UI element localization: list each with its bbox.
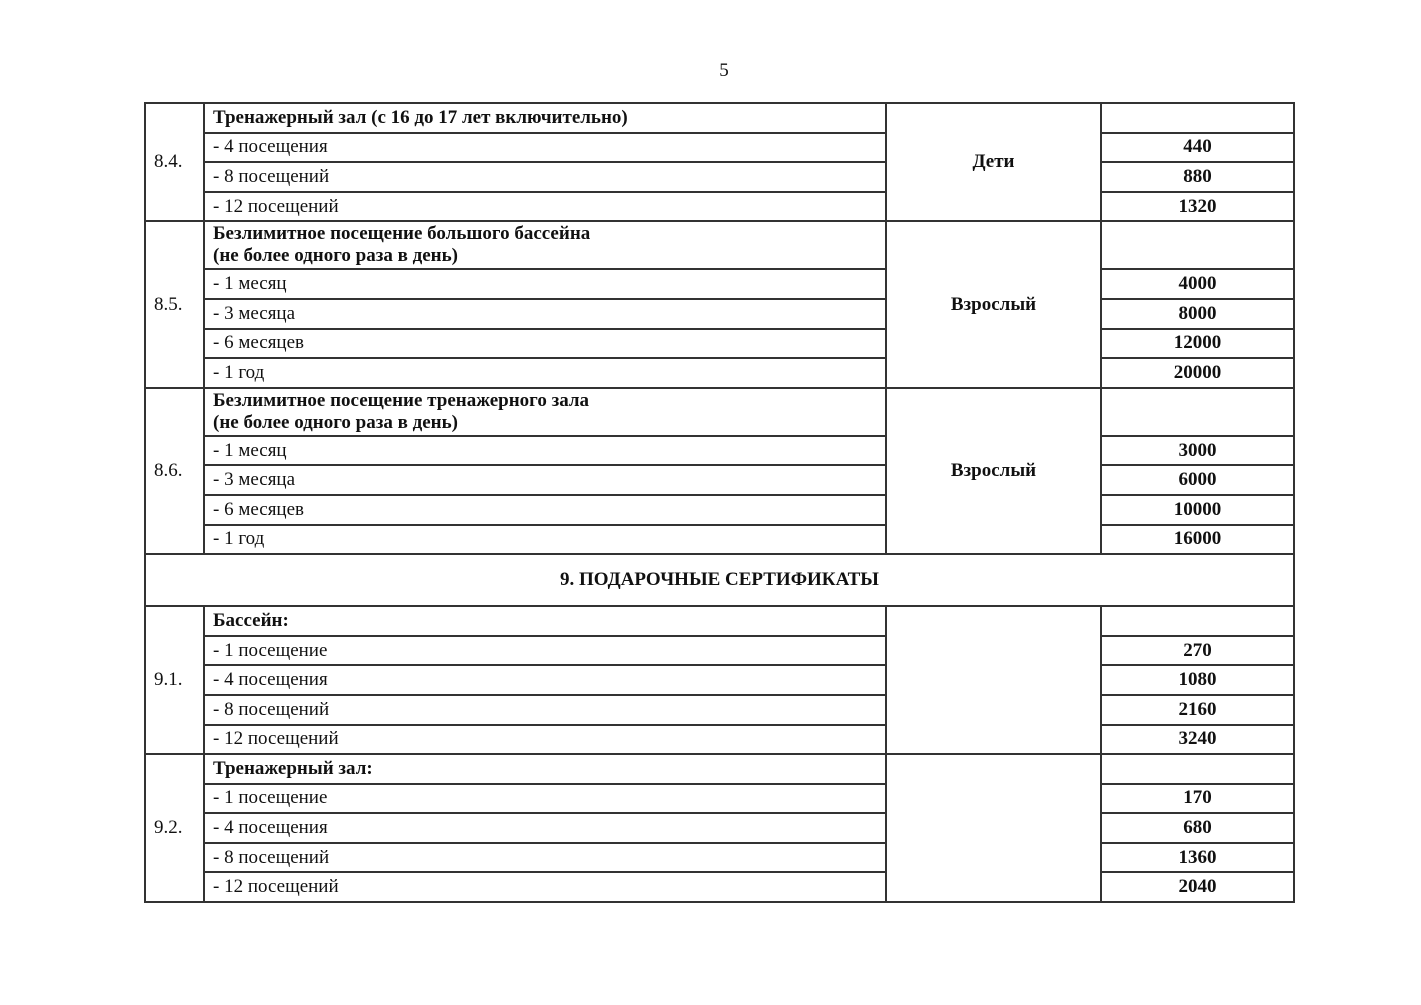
item-price: 270 <box>1101 636 1294 666</box>
group-header-row: 8.6.Безлимитное посещение тренажерного з… <box>145 388 1294 436</box>
table-row: - 1 год20000 <box>145 358 1294 388</box>
category-label <box>886 754 1101 902</box>
table-row: - 4 посещения440 <box>145 133 1294 163</box>
item-label: - 1 месяц <box>204 269 886 299</box>
item-number: 8.4. <box>145 103 204 221</box>
price-cell-empty <box>1101 606 1294 636</box>
table-row: - 4 посещения680 <box>145 813 1294 843</box>
price-cell-empty <box>1101 754 1294 784</box>
category-label: Дети <box>886 103 1101 221</box>
item-price: 6000 <box>1101 465 1294 495</box>
group-title: Тренажерный зал: <box>204 754 886 784</box>
group-title-line: Тренажерный зал: <box>213 758 877 780</box>
page-number: 5 <box>0 60 1421 82</box>
item-price: 680 <box>1101 813 1294 843</box>
item-price: 8000 <box>1101 299 1294 329</box>
item-number: 8.6. <box>145 388 204 554</box>
item-label: - 12 посещений <box>204 192 886 222</box>
item-number: 9.2. <box>145 754 204 902</box>
item-label: - 8 посещений <box>204 162 886 192</box>
item-price: 2040 <box>1101 872 1294 902</box>
item-price: 1360 <box>1101 843 1294 873</box>
item-price: 4000 <box>1101 269 1294 299</box>
price-cell-empty <box>1101 388 1294 436</box>
item-label: - 1 год <box>204 525 886 555</box>
item-number: 9.1. <box>145 606 204 754</box>
group-title: Бассейн: <box>204 606 886 636</box>
price-table-body: 8.4.Тренажерный зал (с 16 до 17 лет вклю… <box>145 103 1294 902</box>
price-table: 8.4.Тренажерный зал (с 16 до 17 лет вклю… <box>144 102 1295 903</box>
item-label: - 6 месяцев <box>204 495 886 525</box>
item-price: 1320 <box>1101 192 1294 222</box>
table-row: - 3 месяца6000 <box>145 465 1294 495</box>
table-row: - 1 год16000 <box>145 525 1294 555</box>
item-price: 1080 <box>1101 665 1294 695</box>
table-row: - 1 месяц4000 <box>145 269 1294 299</box>
price-cell-empty <box>1101 221 1294 269</box>
table-row: - 12 посещений3240 <box>145 725 1294 755</box>
category-label: Взрослый <box>886 388 1101 554</box>
table-row: - 1 посещение270 <box>145 636 1294 666</box>
group-title-line: Безлимитное посещение большого бассейна <box>213 223 877 245</box>
group-header-row: 8.5.Безлимитное посещение большого бассе… <box>145 221 1294 269</box>
group-header-row: 9.1.Бассейн: <box>145 606 1294 636</box>
item-price: 10000 <box>1101 495 1294 525</box>
section-header-row: 9. ПОДАРОЧНЫЕ СЕРТИФИКАТЫ <box>145 554 1294 606</box>
category-label <box>886 606 1101 754</box>
item-label: - 1 месяц <box>204 436 886 466</box>
item-label: - 3 месяца <box>204 299 886 329</box>
item-number: 8.5. <box>145 221 204 387</box>
group-title-line: Бассейн: <box>213 610 877 632</box>
group-title: Безлимитное посещение тренажерного зала(… <box>204 388 886 436</box>
table-row: - 4 посещения1080 <box>145 665 1294 695</box>
item-label: - 12 посещений <box>204 725 886 755</box>
section-title: 9. ПОДАРОЧНЫЕ СЕРТИФИКАТЫ <box>145 554 1294 606</box>
item-label: - 4 посещения <box>204 133 886 163</box>
item-price: 3000 <box>1101 436 1294 466</box>
group-title: Безлимитное посещение большого бассейна(… <box>204 221 886 269</box>
item-label: - 1 год <box>204 358 886 388</box>
table-row: - 12 посещений1320 <box>145 192 1294 222</box>
table-row: - 6 месяцев10000 <box>145 495 1294 525</box>
item-label: - 1 посещение <box>204 636 886 666</box>
item-label: - 6 месяцев <box>204 329 886 359</box>
table-row: - 8 посещений1360 <box>145 843 1294 873</box>
item-label: - 1 посещение <box>204 784 886 814</box>
item-label: - 3 месяца <box>204 465 886 495</box>
table-row: - 6 месяцев12000 <box>145 329 1294 359</box>
item-label: - 4 посещения <box>204 813 886 843</box>
item-price: 170 <box>1101 784 1294 814</box>
item-price: 20000 <box>1101 358 1294 388</box>
item-label: - 12 посещений <box>204 872 886 902</box>
table-row: - 3 месяца8000 <box>145 299 1294 329</box>
table-row: - 12 посещений2040 <box>145 872 1294 902</box>
item-label: - 4 посещения <box>204 665 886 695</box>
table-row: - 1 посещение170 <box>145 784 1294 814</box>
category-label: Взрослый <box>886 221 1101 387</box>
group-title-line: (не более одного раза в день) <box>213 245 877 267</box>
item-price: 16000 <box>1101 525 1294 555</box>
item-price: 440 <box>1101 133 1294 163</box>
group-title-line: Тренажерный зал (с 16 до 17 лет включите… <box>213 107 877 129</box>
table-row: - 8 посещений2160 <box>145 695 1294 725</box>
group-title-line: Безлимитное посещение тренажерного зала <box>213 390 877 412</box>
item-price: 12000 <box>1101 329 1294 359</box>
group-title-line: (не более одного раза в день) <box>213 412 877 434</box>
table-row: - 1 месяц3000 <box>145 436 1294 466</box>
group-title: Тренажерный зал (с 16 до 17 лет включите… <box>204 103 886 133</box>
table-row: - 8 посещений880 <box>145 162 1294 192</box>
group-header-row: 8.4.Тренажерный зал (с 16 до 17 лет вклю… <box>145 103 1294 133</box>
item-label: - 8 посещений <box>204 695 886 725</box>
group-header-row: 9.2.Тренажерный зал: <box>145 754 1294 784</box>
item-label: - 8 посещений <box>204 843 886 873</box>
item-price: 3240 <box>1101 725 1294 755</box>
item-price: 880 <box>1101 162 1294 192</box>
price-cell-empty <box>1101 103 1294 133</box>
item-price: 2160 <box>1101 695 1294 725</box>
